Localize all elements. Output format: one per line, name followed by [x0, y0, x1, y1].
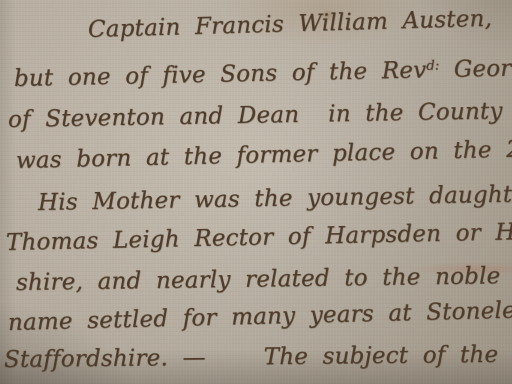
- manuscript-line: was born at the former place on the 23d:: [16, 131, 512, 174]
- line-text: His Mother was the youngest daughter: [38, 181, 512, 216]
- line-text: name settled for many years at Stonele: [8, 298, 512, 336]
- manuscript-photo: Captain Francis William Austen,but one o…: [0, 0, 512, 384]
- line-text: Staffordshire. — The subject of the pres…: [4, 341, 512, 373]
- line-text: Thomas Leigh Rector of Harpsden or Ha: [6, 219, 512, 256]
- manuscript-line: of Steventon and Dean in the County of: [8, 94, 512, 133]
- manuscript-line: Thomas Leigh Rector of Harpsden or Ha: [6, 214, 512, 256]
- manuscript-line: His Mother was the youngest daughter: [38, 177, 512, 216]
- manuscript-line: but one of five Sons of the Revd: George: [14, 50, 512, 92]
- line-text: of Steventon and Dean in the County of: [8, 98, 512, 133]
- manuscript-line: Staffordshire. — The subject of the pres…: [4, 339, 512, 373]
- line-text: was born at the former place on the 23: [16, 136, 512, 174]
- line-text: shire, and nearly related to the noble F…: [16, 263, 512, 296]
- superscript-text: d:: [426, 59, 439, 74]
- line-text: but one of five Sons of the Rev: [14, 57, 427, 92]
- manuscript-line: shire, and nearly related to the noble F…: [16, 259, 512, 296]
- line-text: Captain Francis William Austen,: [88, 6, 493, 43]
- manuscript-line: name settled for many years at Stonele: [8, 291, 512, 336]
- manuscript-text: Captain Francis William Austen,but one o…: [0, 0, 512, 384]
- manuscript-line: Captain Francis William Austen,: [88, 0, 512, 43]
- line-text: George: [439, 55, 512, 83]
